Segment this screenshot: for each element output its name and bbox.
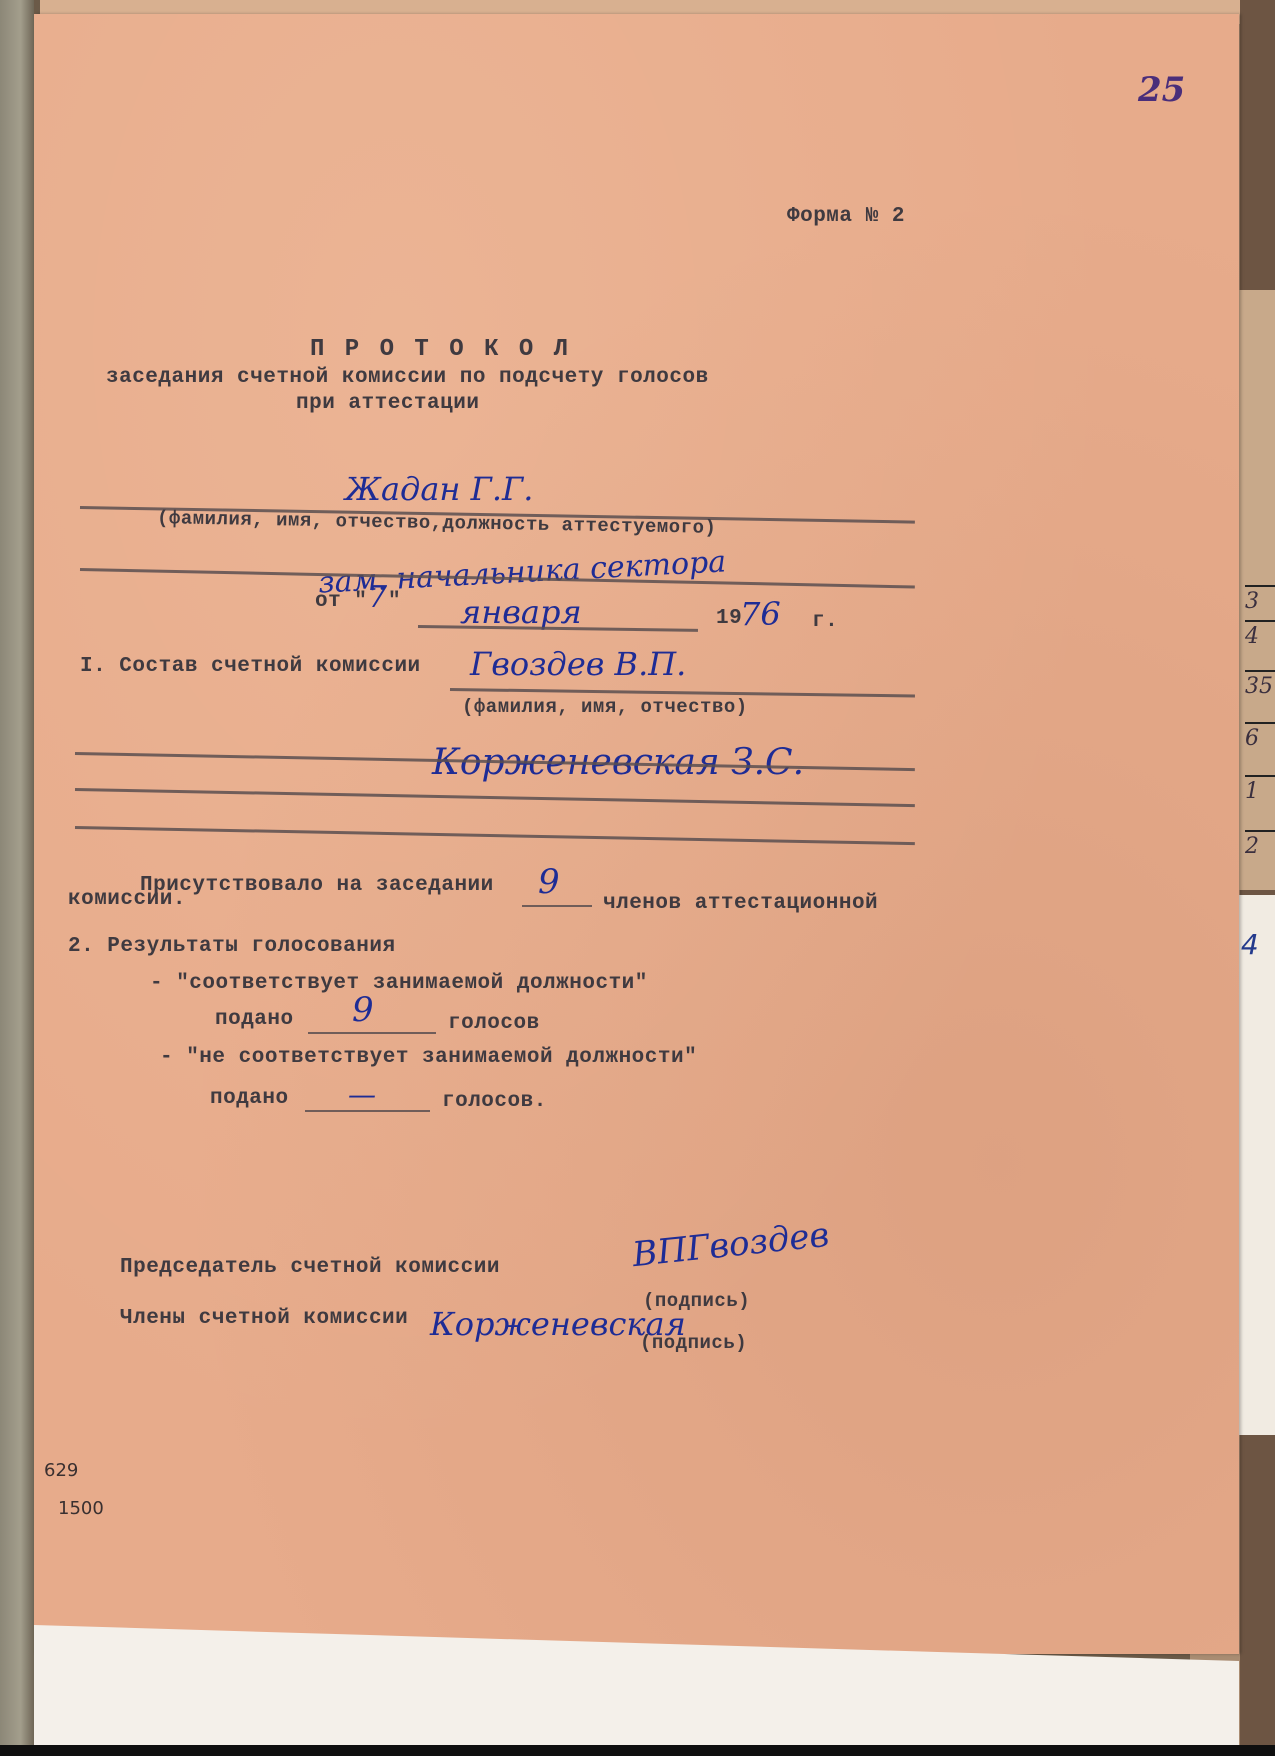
- commission-member-1[interactable]: Гвоздев В.П.: [470, 645, 686, 683]
- vote-option-1-submitted: подано: [215, 1008, 294, 1031]
- document-page: [34, 14, 1239, 1654]
- field-line: [308, 1032, 436, 1034]
- index-number: 4: [1245, 620, 1275, 649]
- date-year-end: г.: [812, 610, 838, 633]
- folio-number: 25: [1138, 70, 1185, 110]
- attendance-text-before: Присутствовало на заседании: [140, 874, 494, 897]
- pencil-note: 629: [44, 1460, 78, 1481]
- date-prefix: от ": [315, 590, 367, 613]
- chairman-label: Председатель счетной комиссии: [120, 1256, 500, 1279]
- section1-label: I. Состав счетной комиссии: [80, 655, 421, 678]
- attested-name[interactable]: Жадан Г.Г.: [345, 470, 533, 508]
- field-line: [522, 905, 592, 907]
- index-number: 35: [1245, 670, 1275, 699]
- vote-option-2-submitted: подано: [210, 1087, 289, 1110]
- subtitle-line-2: при аттестации: [296, 392, 479, 415]
- member-caption: (фамилия, имя, отчество): [462, 696, 748, 718]
- date-day[interactable]: 7: [368, 580, 387, 615]
- date-year-suffix[interactable]: 76: [740, 595, 781, 633]
- date-year-prefix: 19: [716, 607, 742, 630]
- form-label: Форма № 2: [787, 205, 905, 228]
- field-line: [305, 1110, 430, 1112]
- pencil-note: 1500: [58, 1498, 104, 1519]
- attendance-text-after: членов аттестационной: [603, 892, 878, 915]
- folder-binding: [0, 0, 34, 1745]
- members-label: Члены счетной комиссии: [120, 1307, 408, 1330]
- vote-option-1-count[interactable]: 9: [352, 990, 374, 1030]
- section2-label: 2. Результаты голосования: [68, 935, 396, 958]
- index-number: 3: [1245, 585, 1275, 614]
- index-number: 2: [1245, 830, 1275, 859]
- index-number: 1: [1245, 775, 1275, 804]
- date-day-close: ": [388, 590, 401, 613]
- vote-option-1-votes: голосов: [448, 1012, 540, 1035]
- vote-option-2-votes: голосов.: [442, 1090, 547, 1113]
- vote-option-1: - "соответствует занимаемой должности": [150, 972, 648, 995]
- attendance-text-wrap: комиссии.: [68, 888, 186, 911]
- page-title: П Р О Т О К О Л: [310, 336, 571, 363]
- scan-bottom-edge: [0, 1745, 1275, 1756]
- subtitle-line-1: заседания счетной комиссии по подсчету г…: [106, 366, 709, 389]
- vote-option-2-count[interactable]: —: [348, 1078, 376, 1111]
- vote-option-2: - "не соответствует занимаемой должности…: [160, 1046, 697, 1069]
- index-number: 6: [1245, 722, 1275, 751]
- attendance-count[interactable]: 9: [538, 862, 560, 902]
- members-signature-caption: (подпись): [640, 1332, 747, 1354]
